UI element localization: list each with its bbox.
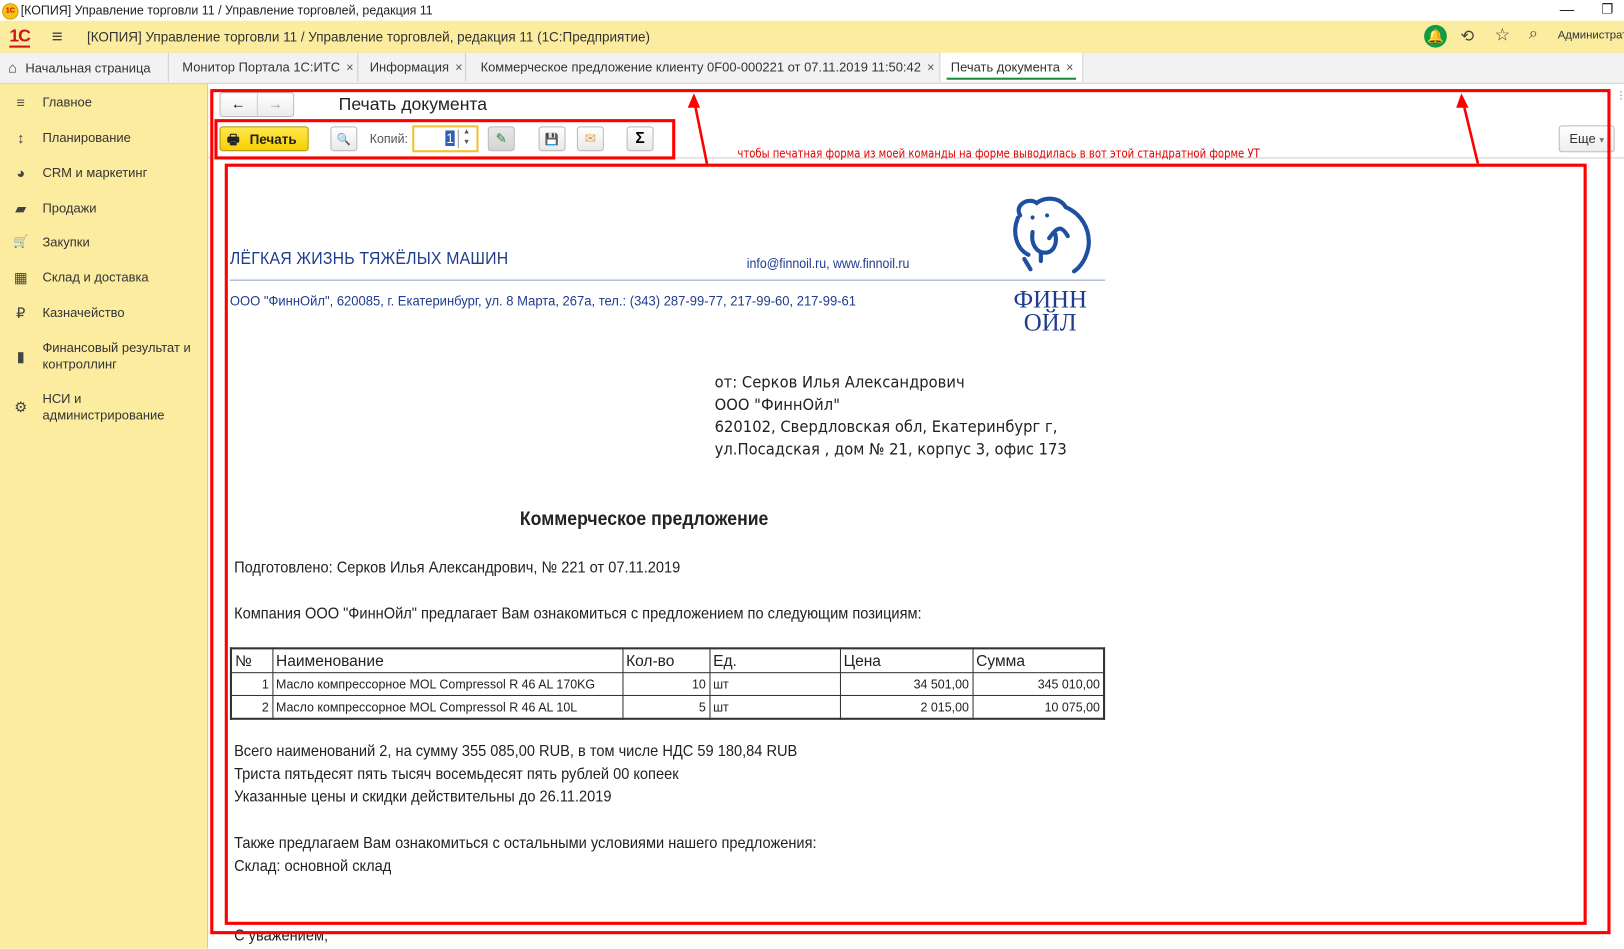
annotation-arrows (0, 0, 1624, 949)
